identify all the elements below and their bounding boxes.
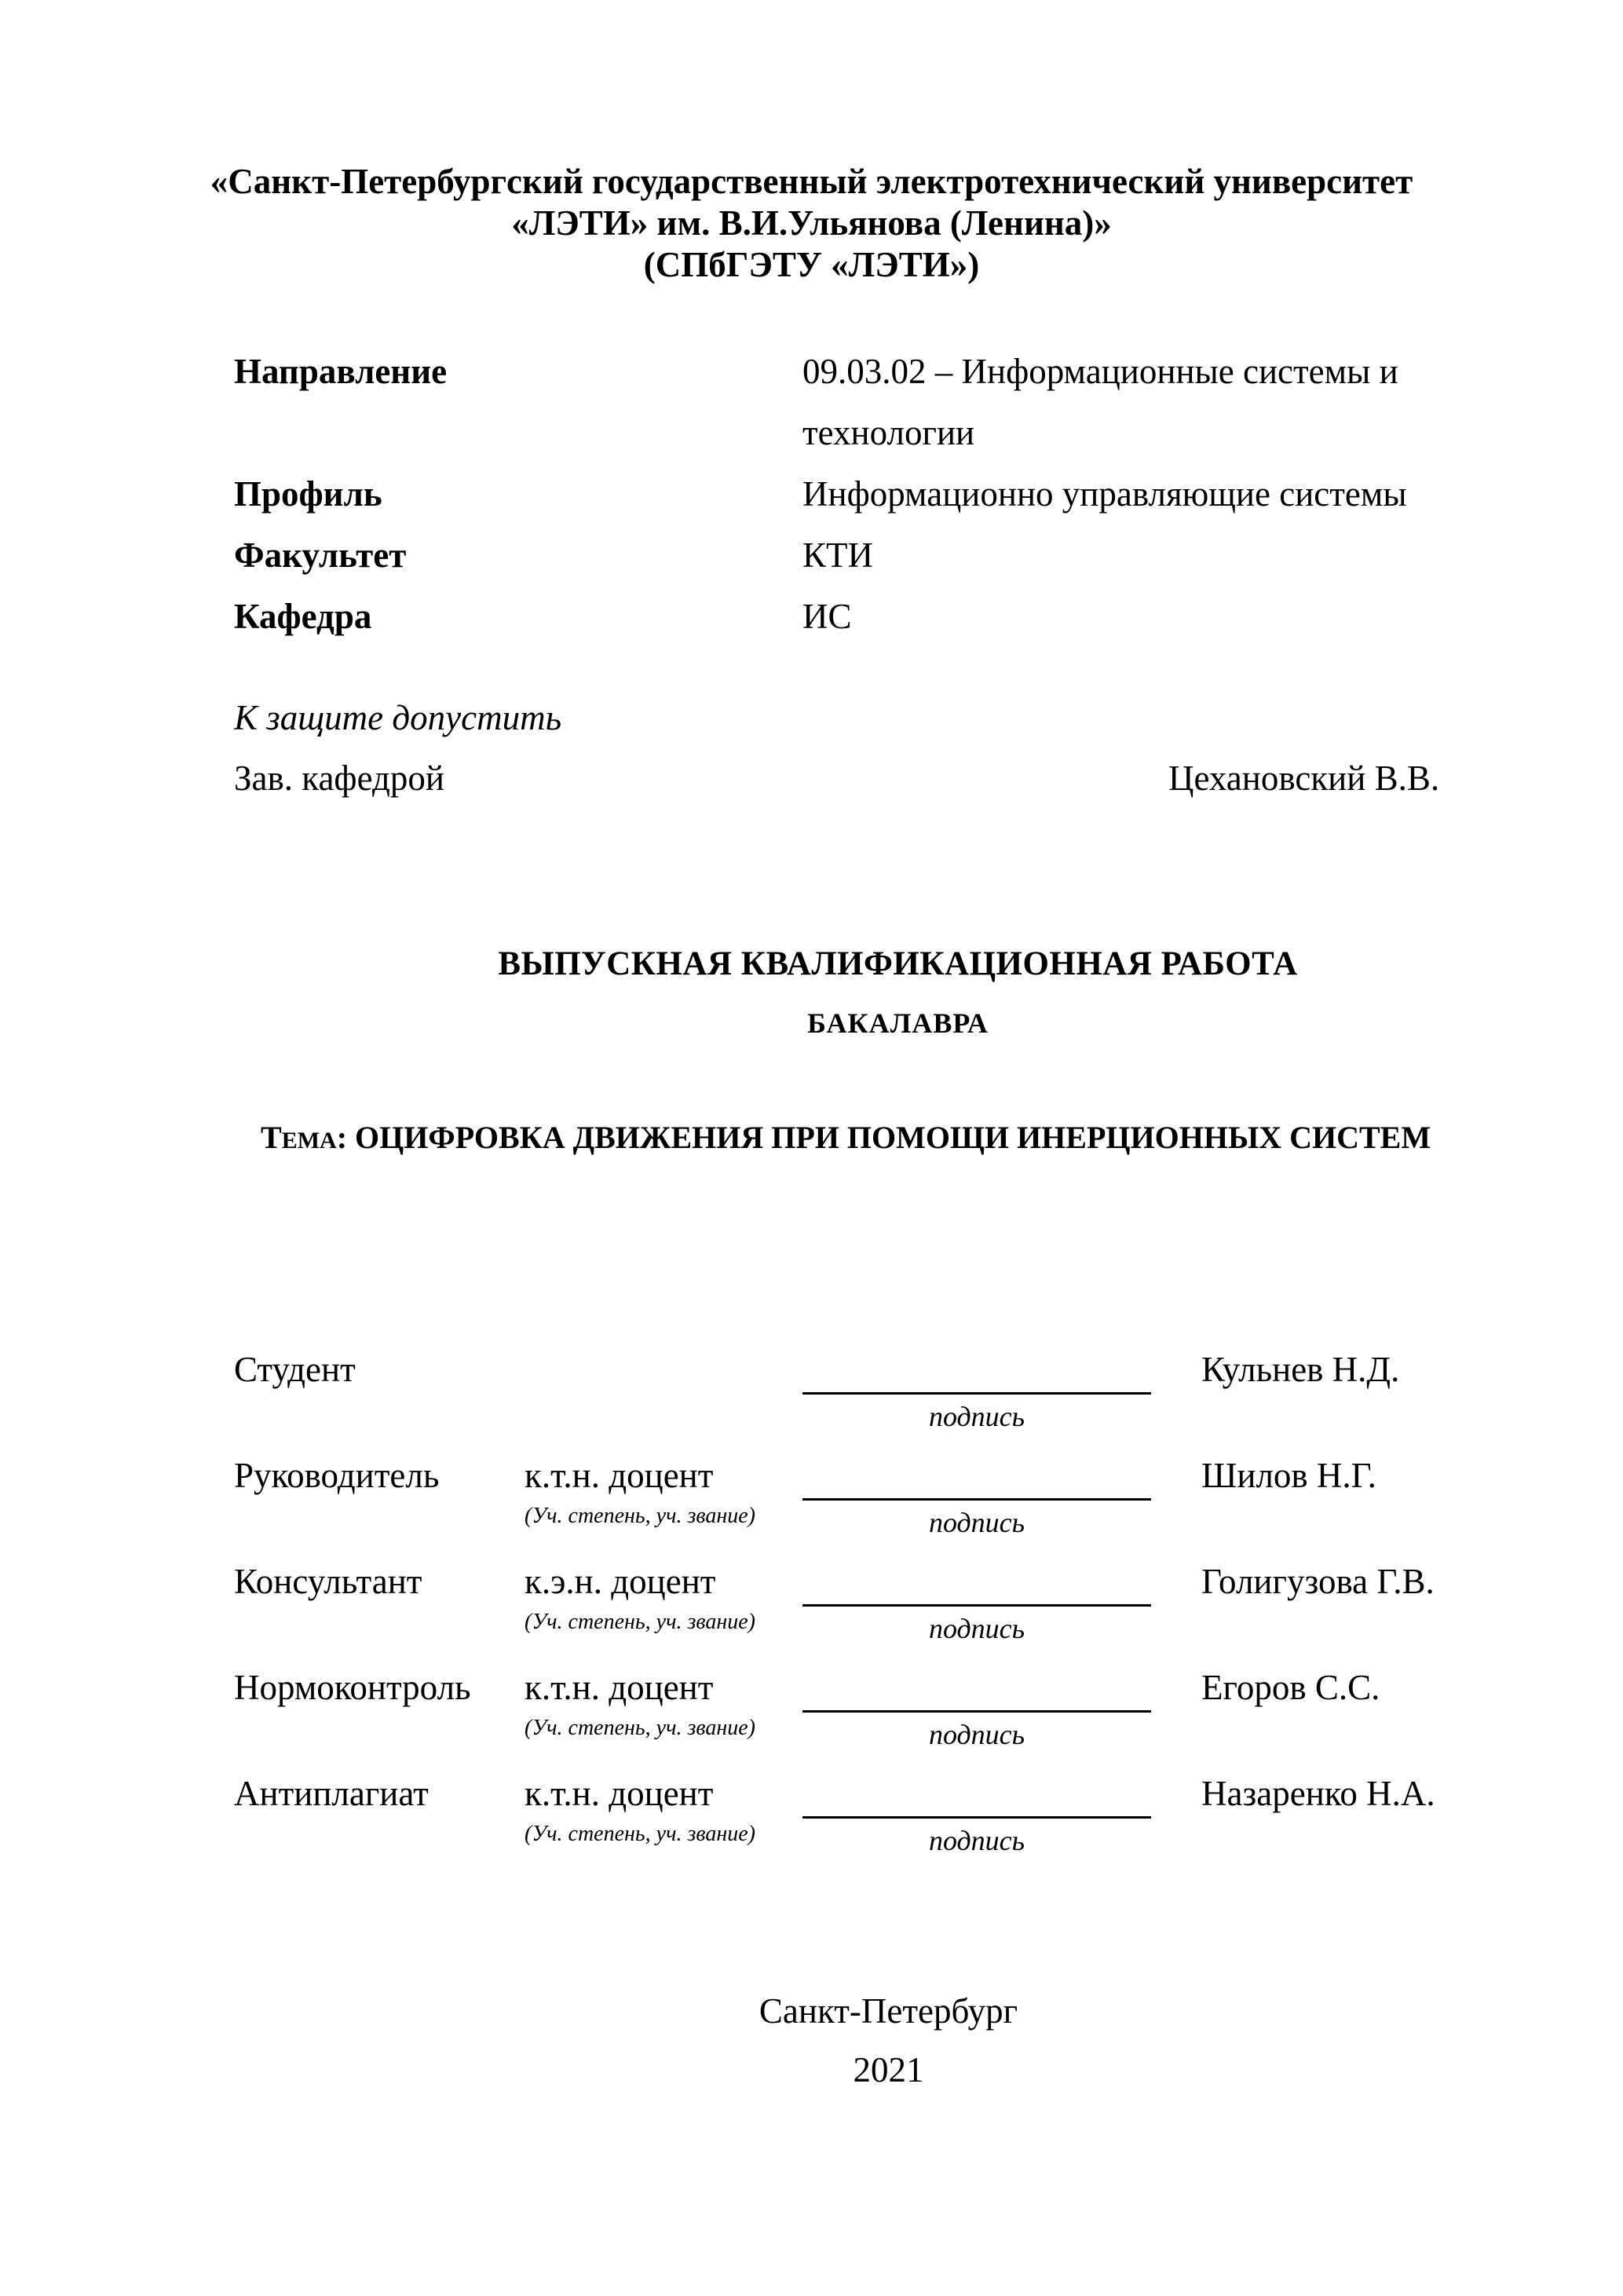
signature-line	[802, 1392, 1151, 1395]
signature-caption: подпись	[802, 1506, 1151, 1539]
degree-hint: (Уч. степень, уч. звание)	[525, 1504, 755, 1529]
signature-role: Консультант	[234, 1561, 422, 1602]
signature-person-name: Егоров С.С.	[1201, 1667, 1380, 1708]
info-label: Кафедра	[234, 596, 371, 637]
signature-line	[802, 1498, 1151, 1501]
info-value: Информационно управляющие системы	[802, 473, 1407, 514]
academic-degree: к.т.н. доцент	[525, 1667, 713, 1708]
signature-caption: подпись	[802, 1612, 1151, 1645]
signature-line	[802, 1604, 1151, 1607]
topic-prefix-initial: Т	[261, 1120, 282, 1155]
thesis-topic: ТЕМА: ОЦИФРОВКА ДВИЖЕНИЯ ПРИ ПОМОЩИ ИНЕР…	[261, 1119, 1431, 1156]
academic-degree: к.т.н. доцент	[525, 1773, 713, 1814]
info-value: КТИ	[802, 535, 873, 576]
info-label: Профиль	[234, 473, 382, 514]
signature-person-name: Шилов Н.Г.	[1201, 1455, 1376, 1496]
info-value-continued: технологии	[802, 412, 974, 453]
signature-role: Нормоконтроль	[234, 1667, 471, 1708]
topic-colon: :	[337, 1120, 347, 1155]
topic-text: ОЦИФРОВКА ДВИЖЕНИЯ ПРИ ПОМОЩИ ИНЕРЦИОННЫ…	[355, 1120, 1431, 1155]
thesis-degree-subtitle: БАКАЛАВРА	[86, 1007, 1623, 1040]
signature-role: Студент	[234, 1349, 356, 1390]
info-value: ИС	[802, 596, 852, 637]
university-name-line1: «Санкт-Петербургский государственный эле…	[0, 161, 1623, 202]
university-name-line2: «ЛЭТИ» им. В.И.Ульянова (Ленина)»	[0, 203, 1623, 243]
signature-person-name: Голигузова Г.В.	[1201, 1561, 1435, 1602]
degree-hint: (Уч. степень, уч. звание)	[525, 1610, 755, 1635]
signature-person-name: Кульнев Н.Д.	[1201, 1349, 1399, 1390]
academic-degree: к.т.н. доцент	[525, 1455, 713, 1496]
signature-caption: подпись	[802, 1824, 1151, 1857]
info-label: Факультет	[234, 535, 406, 576]
signature-role: Руководитель	[234, 1455, 439, 1496]
signature-caption: подпись	[802, 1400, 1151, 1433]
footer-year: 2021	[77, 2049, 1623, 2090]
info-value: 09.03.02 – Информационные системы и	[802, 351, 1398, 392]
head-of-department-label: Зав. кафедрой	[234, 758, 444, 799]
thesis-type-title: ВЫПУСКНАЯ КВАЛИФИКАЦИОННАЯ РАБОТА	[86, 945, 1623, 983]
degree-hint: (Уч. степень, уч. звание)	[525, 1822, 755, 1847]
approval-caption: К защите допустить	[234, 697, 561, 738]
signature-role: Антиплагиат	[234, 1773, 429, 1814]
academic-degree: к.э.н. доцент	[525, 1561, 715, 1602]
signature-line	[802, 1816, 1151, 1819]
university-abbreviation: (СПбГЭТУ «ЛЭТИ»)	[0, 244, 1623, 285]
degree-hint: (Уч. степень, уч. звание)	[525, 1716, 755, 1741]
signature-caption: подпись	[802, 1718, 1151, 1751]
head-of-department-name: Цехановский В.В.	[1168, 758, 1439, 799]
signature-line	[802, 1710, 1151, 1713]
footer-city: Санкт-Петербург	[77, 1991, 1623, 2031]
topic-prefix-rest: ЕМА	[282, 1128, 337, 1153]
info-label: Направление	[234, 351, 447, 392]
signature-person-name: Назаренко Н.А.	[1201, 1773, 1435, 1814]
